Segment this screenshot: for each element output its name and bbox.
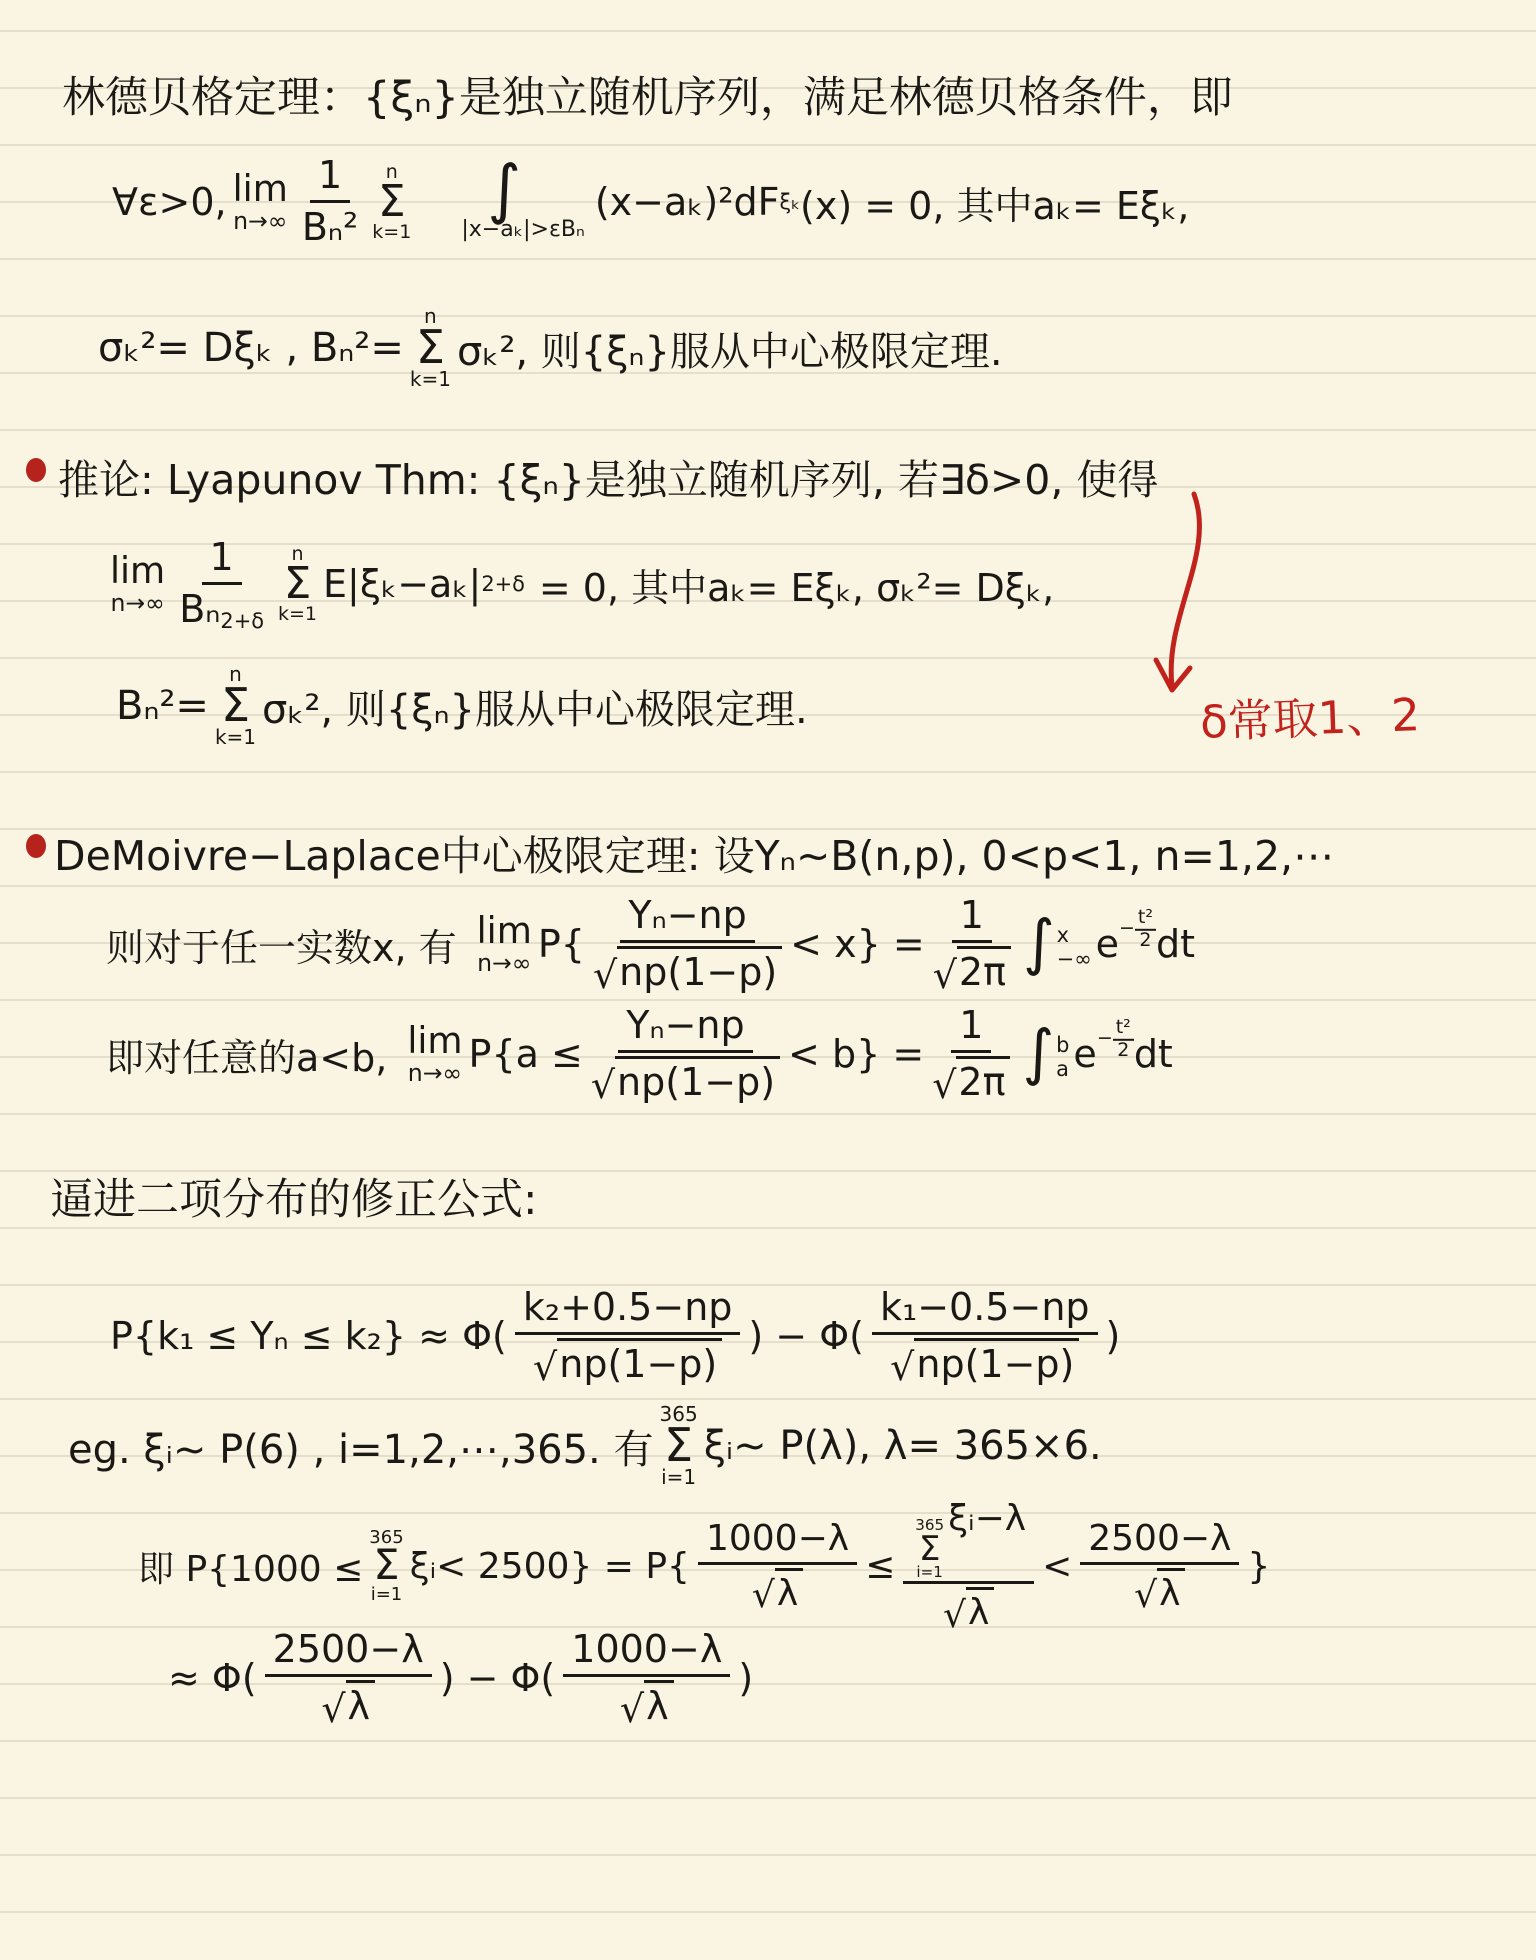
fraction-denominator: √np(1−p) [593,943,782,995]
text-run: σₖ², 则{ξₙ}服从中心极限定理. [262,678,808,735]
summation: 365 Σ i=1 [660,1405,698,1487]
integral: ∫ |x−aₖ|>εBₙ [461,163,585,242]
fraction-numerator: 1 [202,536,242,585]
sigma-symbol: Σ [284,563,312,605]
sum-lower: i=1 [661,1468,696,1487]
fraction-denominator: √λ [752,1565,803,1614]
summation: 365 Σ i=1 [369,1529,403,1603]
radicand: np(1−p) [617,946,782,995]
radical-symbol: √ [943,1598,966,1634]
sum-lower: i=1 [371,1586,403,1603]
summation: n Σ k=1 [410,307,451,389]
text-run: ξᵢ~ P(λ), λ= 365×6. [704,1423,1102,1469]
fraction-denominator: Bₙ2+δ [179,585,264,632]
red-annotation-text: δ常取1、2 [1199,678,1421,751]
fraction-denominator: Bₙ² [302,203,358,250]
subscript: ξₖ [779,190,800,214]
fraction: 1000−λ √λ [698,1518,857,1614]
integral-symbol: ∫ [487,163,521,218]
text-run: ∀ε>0, [112,180,227,224]
text-run: < x} = [790,922,925,966]
text-run: P{ [538,922,585,966]
text-run: dt [1156,922,1195,966]
lim-subscript: n→∞ [477,952,531,976]
text-run: E|ξₖ−aₖ| [323,562,481,606]
fraction-numerator: Yₙ−np [618,1004,752,1053]
fraction: Yₙ−np √np(1−p) [593,894,782,994]
handwritten-line-10: 逼进二项分布的修正公式: [50,1148,538,1244]
radical-symbol: √ [321,1690,345,1728]
limit-operator: lim n→∞ [110,553,165,616]
sum-lower: k=1 [410,370,451,389]
radicand: np(1−p) [914,1338,1079,1387]
sqrt-expression: √λ [943,1587,994,1633]
sqrt-expression: √λ [321,1680,375,1729]
handwritten-line-3: σₖ²= Dξₖ , Bₙ²= n Σ k=1 σₖ², 则{ξₙ}服从中心极限… [98,296,1003,400]
fraction: 1000−λ √λ [563,1628,730,1728]
sum-lower: k=1 [215,728,256,747]
sum-lower: i=1 [916,1565,942,1579]
limit-operator: lim n→∞ [233,171,288,234]
text-run: 则对于任一实数x, 有 [106,917,457,972]
limit-operator: lim n→∞ [477,913,532,976]
sum-lower: k=1 [372,223,411,241]
fraction-numerator: Yₙ−np [620,894,754,943]
fraction-numerator: 2500−λ [265,1628,432,1677]
radicand: λ [775,1568,803,1614]
sigma-symbol: Σ [919,1533,941,1565]
mini-fraction: t² 2 [1113,1017,1134,1060]
summation: n Σ k=1 [215,665,256,747]
fraction-numerator: 2500−λ [1080,1518,1239,1564]
integral-lower-limit: −∞ [1057,947,1092,971]
radicand: λ [1157,1568,1185,1614]
sqrt-expression: √λ [620,1680,674,1729]
text-run: σₖ²= Dξₖ , Bₙ²= [98,325,404,371]
summation: 365 Σ i=1 [915,1518,944,1579]
sigma-symbol: Σ [416,326,445,370]
fraction: 2500−λ √λ [265,1628,432,1728]
text-run: ≈ Φ( [168,1656,257,1700]
fraction-numerator: k₁−0.5−np [872,1286,1098,1335]
text-run: 即 P{1000 ≤ [138,1541,363,1592]
radicand: λ [346,1680,376,1729]
fraction-numerator: k₂+0.5−np [515,1286,741,1335]
fraction-numerator: 1 [310,154,350,203]
text-run: eg. ξᵢ~ P(6) , i=1,2,⋯,365. 有 [68,1418,654,1475]
fraction-denominator: √np(1−p) [890,1335,1079,1387]
fraction-denominator: √2π [932,1053,1010,1105]
fraction: 2500−λ √λ [1080,1518,1239,1614]
integral-lower-limit: a [1056,1057,1069,1081]
integral-lower-limit: |x−aₖ|>εBₙ [461,219,585,241]
radicand: 2π [956,1056,1010,1105]
radical-symbol: √ [752,1578,775,1614]
fraction: 1 √2π [932,1004,1010,1104]
den-exponent: 2+δ [220,611,264,632]
fraction: Yₙ−np √np(1−p) [591,1004,780,1104]
text-run: P{k₁ ≤ Yₙ ≤ k₂} ≈ Φ( [110,1314,507,1358]
handwritten-line-14: ≈ Φ( 2500−λ √λ ) − Φ( 1000−λ √λ ) [168,1612,753,1744]
fraction-denominator: √np(1−p) [591,1053,780,1105]
sqrt-expression: √np(1−p) [890,1338,1079,1387]
radicand: np(1−p) [615,1056,780,1105]
text-run: (x−aₖ)²dF [595,180,780,224]
fraction: 1 Bₙ² [302,154,358,249]
fraction: 1 Bₙ2+δ [179,536,264,631]
handwritten-line-9: 即对任意的a<b, lim n→∞ P{a ≤ Yₙ−np √np(1−p) <… [106,988,1173,1120]
radical-symbol: √ [591,1066,615,1104]
handwritten-note-page: 林德贝格定理：{ξₙ}是独立随机序列，满足林德贝格条件，即 ∀ε>0, lim … [0,0,1536,1960]
radicand: 2π [957,946,1011,995]
den-base: Bₙ [179,588,220,632]
lim-word: lim [233,171,288,207]
text-run: ) [1106,1314,1121,1358]
integral-upper-limit: b [1056,1033,1069,1057]
text-run: e [1073,1032,1096,1076]
fraction: k₂+0.5−np √np(1−p) [515,1286,741,1386]
radicand: λ [966,1587,994,1633]
sqrt-expression: √λ [752,1568,803,1614]
radical-symbol: √ [1134,1578,1157,1614]
exponent-sign: − [1097,1029,1113,1049]
exponent: 2+δ [481,574,525,595]
text-run: < b} = [788,1032,924,1076]
handwritten-line-2: ∀ε>0, lim n→∞ 1 Bₙ² n Σ k=1 ∫ |x−aₖ|>εBₙ… [112,140,1189,264]
fraction-denominator: √λ [321,1677,375,1729]
sum-lower: k=1 [278,605,317,623]
summation: n Σ k=1 [278,545,317,623]
lim-subscript: n→∞ [233,210,287,234]
integral-limits: b a [1056,1033,1069,1075]
text-run: < [1042,1546,1072,1587]
mini-numerator: t² [1113,1017,1134,1040]
sigma-symbol: Σ [378,181,406,223]
fraction-denominator: √np(1−p) [533,1335,722,1387]
radical-symbol: √ [620,1690,644,1728]
text-run: e [1096,922,1119,966]
fraction-numerator: 1000−λ [698,1518,857,1564]
radical-symbol: √ [932,1066,956,1104]
handwritten-line-12: eg. ξᵢ~ P(6) , i=1,2,⋯,365. 有 365 Σ i=1 … [68,1390,1102,1502]
mini-numerator: t² [1135,907,1156,930]
radical-symbol: √ [533,1348,557,1386]
red-bullet [26,458,46,482]
integral: ∫ b a [1022,1028,1069,1080]
text-run: = 0, 其中aₖ= Eξₖ, σₖ²= Dξₖ, [539,557,1054,612]
text-run: 即对任意的a<b, [106,1027,387,1082]
mini-denominator: 2 [1139,930,1151,950]
mini-fraction: t² 2 [1135,907,1156,950]
exponent-sign: − [1119,919,1135,939]
text-run: (x) = 0, 其中aₖ= Eξₖ, [800,175,1189,230]
fraction-denominator: √λ [943,1584,994,1633]
handwritten-line-1: 林德贝格定理：{ξₙ}是独立随机序列，满足林德贝格条件，即 [62,48,1233,140]
text-run: 林德贝格定理：{ξₙ}是独立随机序列，满足林德贝格条件，即 [62,64,1233,125]
limit-operator: lim n→∞ [407,1023,462,1086]
text-run: Bₙ²= [116,683,209,729]
integral-symbol: ∫ [1022,1028,1054,1080]
red-bullet [26,834,46,858]
fraction-denominator: √λ [1134,1565,1185,1614]
handwritten-line-4: 推论: Lyapunov Thm: {ξₙ}是独立随机序列, 若∃δ>0, 使得 [58,430,1158,522]
sigma-symbol: Σ [221,684,250,728]
fraction-numerator: 365 Σ i=1 ξᵢ−λ [903,1498,1034,1584]
fraction-numerator: 1 [952,894,992,943]
lim-word: lim [477,913,532,949]
sigma-symbol: Σ [664,1424,693,1468]
text-run: DeMoivre−Laplace中心极限定理: 设Yₙ~B(n,p), 0<p<… [54,823,1334,882]
sqrt-expression: √2π [933,946,1011,995]
integral-upper-limit: x [1057,923,1092,947]
text-run: ) [738,1656,753,1700]
radicand: np(1−p) [557,1338,722,1387]
mini-denominator: 2 [1117,1040,1129,1060]
fraction-numerator: 1000−λ [563,1628,730,1677]
lim-word: lim [110,553,165,589]
lim-subscript: n→∞ [408,1062,462,1086]
text-run: } [1247,1546,1270,1587]
handwritten-line-6: Bₙ²= n Σ k=1 σₖ², 则{ξₙ}服从中心极限定理. [116,650,808,762]
numerator-rest: ξᵢ−λ [948,1498,1026,1539]
exponent-group: − t² 2 [1119,907,1156,950]
lim-word: lim [407,1023,462,1059]
integral-symbol: ∫ [1023,918,1055,970]
integral: ∫ x −∞ [1023,918,1092,970]
summation: n Σ k=1 [372,163,411,241]
handwritten-line-11: P{k₁ ≤ Yₙ ≤ k₂} ≈ Φ( k₂+0.5−np √np(1−p) … [110,1262,1120,1410]
fraction-denominator: √λ [620,1677,674,1729]
fraction: 365 Σ i=1 ξᵢ−λ √λ [903,1498,1034,1634]
integral-limits: x −∞ [1057,923,1092,965]
lim-subscript: n→∞ [110,592,164,616]
radicand: λ [644,1680,674,1729]
handwritten-line-5: lim n→∞ 1 Bₙ2+δ n Σ k=1 E|ξₖ−aₖ|2+δ = 0,… [104,518,1054,650]
text-run: dt [1134,1032,1173,1076]
text-run: ≤ [865,1546,895,1587]
text-run: ξᵢ< 2500} = P{ [410,1546,690,1587]
sigma-symbol: Σ [373,1546,399,1585]
fraction: k₁−0.5−np √np(1−p) [872,1286,1098,1386]
fraction: 1 √2π [933,894,1011,994]
text-run: 推论: Lyapunov Thm: {ξₙ}是独立随机序列, 若∃δ>0, 使得 [58,447,1158,506]
sqrt-expression: √np(1−p) [533,1338,722,1387]
text-run: 逼进二项分布的修正公式: [50,1166,538,1227]
sqrt-expression: √λ [1134,1568,1185,1614]
fraction-denominator: √2π [933,943,1011,995]
text-run: ) − Φ( [440,1656,556,1700]
sqrt-expression: √2π [932,1056,1010,1105]
fraction-numerator: 1 [951,1004,991,1053]
exponent-group: − t² 2 [1097,1017,1134,1060]
sqrt-expression: √np(1−p) [593,946,782,995]
text-run: P{a ≤ [469,1032,583,1076]
radical-symbol: √ [890,1348,914,1386]
text-run: ) − Φ( [748,1314,864,1358]
text-run: σₖ², 则{ξₙ}服从中心极限定理. [457,320,1003,377]
sqrt-expression: √np(1−p) [591,1056,780,1105]
